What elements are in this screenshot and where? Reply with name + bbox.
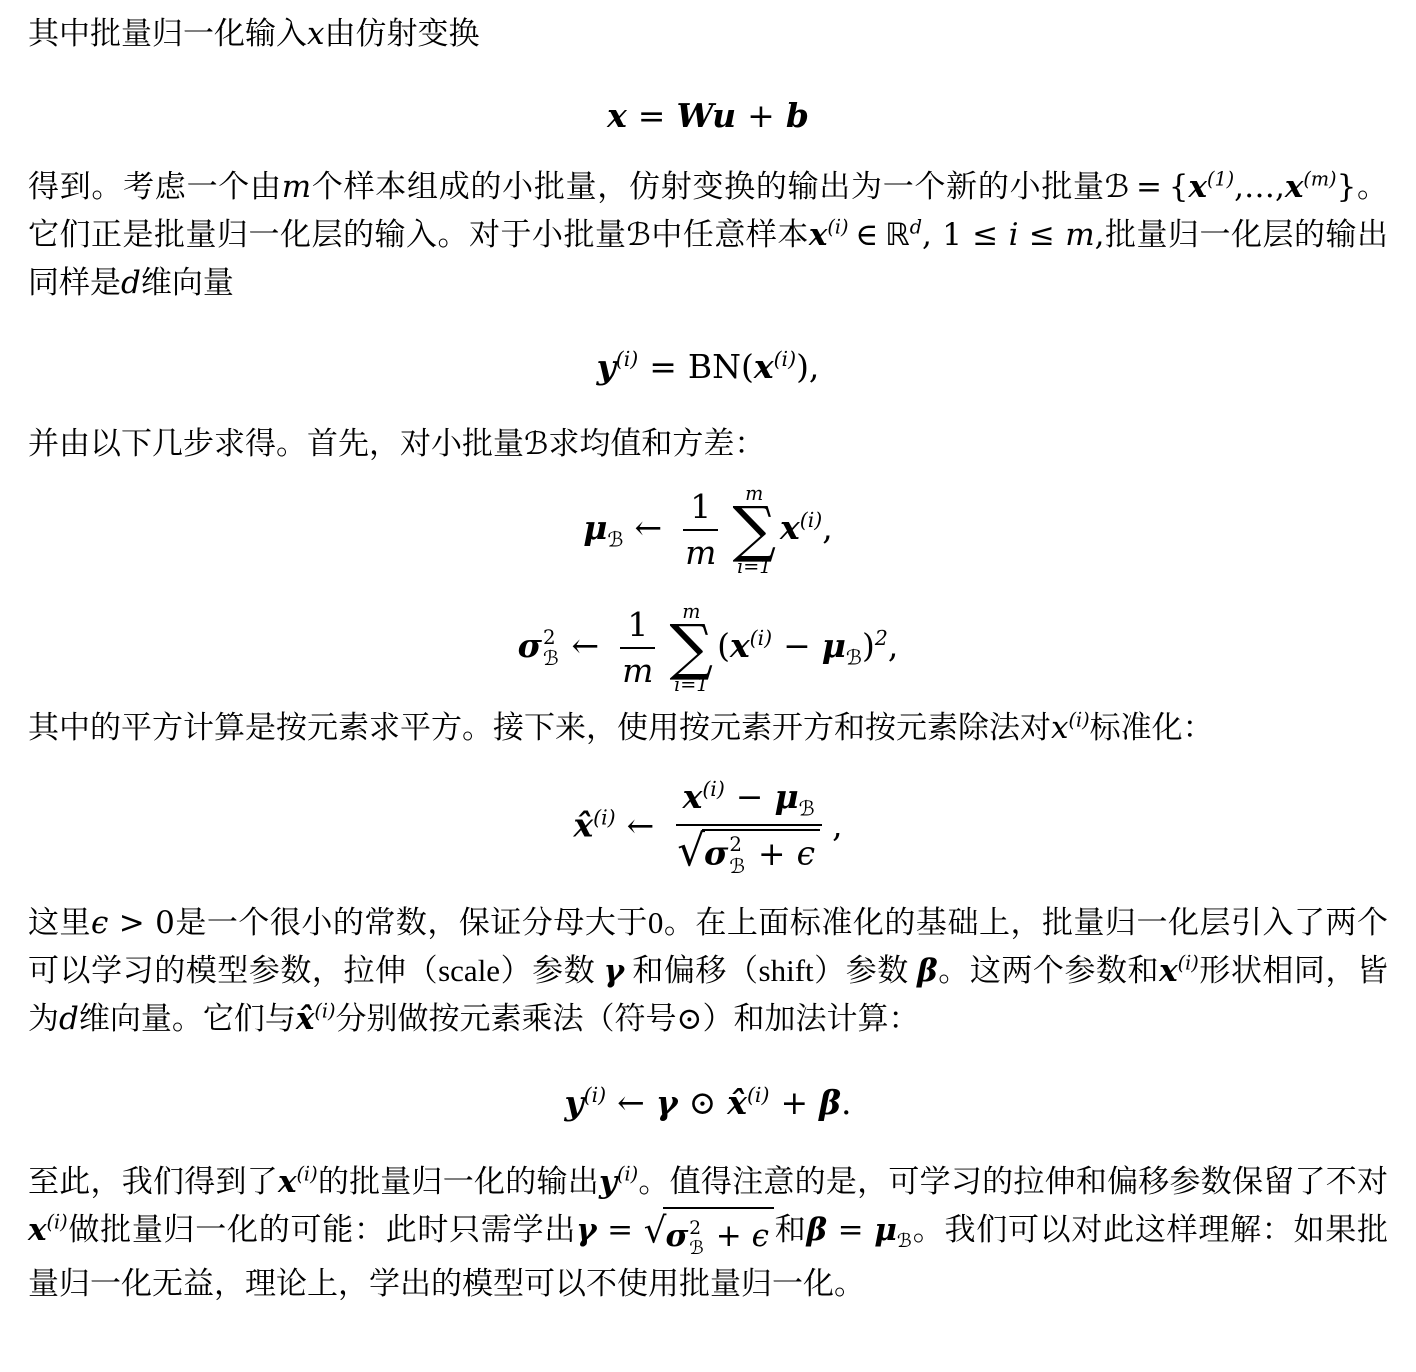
math-var-gamma: γ: [576, 1212, 596, 1248]
math-var-gamma: γ: [656, 1083, 678, 1122]
square-root: √σ2ℬ+ϵ: [677, 829, 820, 877]
math-var-y: y: [599, 1164, 617, 1200]
math-sup: (i): [1178, 952, 1199, 975]
math-sub-B: ℬ: [846, 646, 862, 670]
formula-batch-variance: σ2ℬ←1mm∑i=1(x(i)−μℬ)2,: [28, 602, 1388, 694]
text-run: ）和加法计算：: [702, 1001, 919, 1036]
math-sup: (i): [584, 1083, 606, 1107]
math-var-x: x: [278, 1164, 296, 1200]
math-sup: (i): [800, 508, 822, 532]
right-brace: }: [1337, 169, 1357, 205]
text-run: 标准化：: [1090, 710, 1214, 745]
element-of-sign: ∈: [855, 217, 878, 253]
text-run: 求均值和方差：: [548, 426, 765, 461]
text-run: 。这两个参数和: [938, 953, 1159, 988]
math-var-y: y: [597, 347, 616, 386]
formula-batch-mean: μℬ←1mm∑i=1x(i),: [28, 484, 1388, 576]
paragraph-minibatch: 得到。考虑一个由m个样本组成的小批量，仿射变换的输出为一个新的小批量ℬ={x(1…: [28, 163, 1388, 307]
math-sup: (i): [774, 347, 796, 371]
formula-scale-shift: y(i)←γ⊙x̂(i)+β.: [28, 1083, 1388, 1122]
punctuation: ,: [1095, 217, 1105, 253]
text-run: 这里: [28, 905, 91, 940]
math-sup: (i): [616, 347, 638, 371]
math-sub-B: ℬ: [799, 797, 815, 821]
fraction-denominator: m: [678, 531, 723, 572]
math-var-xhat: x̂: [727, 1083, 747, 1122]
math-var-xhat: x̂: [296, 1001, 314, 1037]
math-var-u: u: [712, 96, 736, 135]
text-run: 中任意样本: [651, 217, 809, 252]
sup-sub-stack: 2ℬ: [729, 834, 745, 877]
left-arrow: ←: [635, 508, 663, 547]
text-run: 做批量归一化的可能：此时只需学出: [68, 1212, 576, 1247]
math-sup: (1): [1207, 168, 1234, 191]
math-sup: (i): [617, 1163, 638, 1186]
summation: m∑i=1: [732, 484, 776, 576]
math-var-gamma: γ: [604, 953, 624, 989]
fraction: 1m: [615, 606, 660, 690]
math-var-x: x: [1285, 169, 1303, 205]
math-var-mu: μ: [822, 626, 846, 665]
math-var-x: x: [1159, 953, 1177, 989]
fraction: x(i)−μℬ√σ2ℬ+ϵ: [670, 778, 827, 877]
leq-sign: ≤: [1019, 217, 1066, 253]
math-var-x: x: [1051, 710, 1068, 746]
left-brace: {: [1169, 169, 1189, 205]
bn-function: BN(: [688, 347, 754, 386]
fraction-denominator: m: [615, 649, 660, 690]
math-var-x: x: [307, 16, 324, 52]
text-run: 至此，我们得到了: [28, 1164, 278, 1199]
summation: m∑i=1: [669, 602, 713, 694]
sigma-symbol: ∑: [669, 621, 713, 675]
text-run: 其中批量归一化输入: [28, 16, 307, 51]
text-run: 个样本组成的小批量，仿射变换的输出为一个新的小批量: [311, 169, 1105, 204]
fraction-numerator: 1: [620, 606, 655, 649]
plus-sign: +: [747, 96, 775, 135]
math-var-x: x: [683, 777, 703, 816]
text-run: 并由以下几步求得。首先，对小批量: [28, 426, 524, 461]
text-run: 由仿射变换: [324, 16, 479, 51]
math-sup: (i): [750, 626, 772, 650]
text-run: 。值得注意的是，可学习的拉伸和偏移参数保留了不对: [638, 1164, 1388, 1199]
math-sup: (i): [296, 1163, 317, 1186]
formula-standardize: x̂(i)←x(i)−μℬ√σ2ℬ+ϵ,: [28, 778, 1388, 877]
ellipsis: ,…,: [1234, 169, 1285, 205]
math-var-x: x: [28, 1212, 46, 1248]
fraction-numerator: x(i)−μℬ: [676, 778, 822, 826]
math-var-d: d: [59, 1001, 79, 1037]
math-sup: (i): [593, 806, 615, 830]
left-arrow: ←: [627, 806, 655, 845]
math-var-mu: μ: [583, 508, 607, 547]
math-sup: (i): [1068, 709, 1089, 732]
text-run: > 0: [108, 905, 174, 941]
script-B: ℬ: [1105, 169, 1129, 205]
math-sub-B: ℬ: [543, 648, 559, 669]
equals-sign: =: [649, 347, 677, 386]
plus-sign: +: [706, 1218, 752, 1254]
math-sup-2: 2: [729, 834, 742, 855]
text-run: , 1 ≤: [922, 217, 1009, 253]
math-var-epsilon: ϵ: [91, 905, 108, 941]
sum-lower-limit: i=1: [737, 557, 771, 576]
math-var-d: d: [121, 265, 141, 301]
math-var-y: y: [564, 1083, 583, 1122]
math-var-m: m: [1065, 217, 1094, 253]
math-var-m: m: [282, 169, 311, 205]
plus-sign: +: [780, 1083, 808, 1122]
odot-symbol: ⊙: [689, 1083, 717, 1122]
math-sup: (i): [827, 216, 848, 239]
math-sub-B: ℬ: [607, 528, 623, 552]
real-numbers-symbol: ℝ: [885, 217, 910, 253]
math-sub-B: ℬ: [897, 1230, 912, 1253]
paragraph-conclusion: 至此，我们得到了x(i)的批量归一化的输出y(i)。值得注意的是，可学习的拉伸和…: [28, 1158, 1388, 1308]
radical-sign: √: [677, 834, 705, 869]
math-var-x: x: [754, 347, 774, 386]
math-var-x: x: [809, 217, 827, 253]
math-var-x: x: [607, 96, 627, 135]
sup-sub-stack: 2ℬ: [543, 627, 559, 670]
math-var-beta: β: [806, 1212, 827, 1248]
fraction-denominator: √σ2ℬ+ϵ: [670, 826, 827, 877]
script-B: ℬ: [524, 426, 548, 462]
text-run: 维向量。它们与: [79, 1001, 296, 1036]
math-sup: (i): [314, 1000, 335, 1023]
math-var-sigma: σ: [665, 1218, 688, 1254]
radicand: σ2ℬ+ϵ: [702, 829, 820, 877]
math-sup-2: 2: [875, 626, 888, 650]
radicand: σ2ℬ + ϵ: [663, 1207, 774, 1260]
close-paren: ),: [796, 347, 819, 386]
math-sub-B: ℬ: [689, 1239, 704, 1259]
close-paren: ): [862, 626, 875, 665]
punctuation: ,: [888, 626, 899, 665]
text-run: 和偏移（shift）参数: [624, 953, 917, 988]
math-sup-2: 2: [689, 1219, 701, 1239]
text-run: 的批量归一化的输出: [318, 1164, 599, 1199]
math-var-mu: μ: [774, 777, 798, 816]
math-var-xhat: x̂: [573, 806, 593, 845]
minus-sign: −: [736, 777, 764, 816]
script-B: ℬ: [627, 217, 651, 253]
text-run: 其中的平方计算是按元素求平方。接下来，使用按元素开方和按元素除法对: [28, 710, 1051, 745]
equals-sign: =: [597, 1212, 644, 1248]
math-var-epsilon: ϵ: [797, 834, 815, 873]
paragraph-scale-shift: 这里ϵ > 0是一个很小的常数，保证分母大于0。在上面标准化的基础上，批量归一化…: [28, 899, 1388, 1043]
math-var-epsilon: ϵ: [752, 1218, 769, 1254]
left-arrow: ←: [572, 626, 600, 665]
paragraph-elementwise: 其中的平方计算是按元素求平方。接下来，使用按元素开方和按元素除法对x(i)标准化…: [28, 704, 1388, 752]
formula-affine-transform: x=Wu+b: [28, 96, 1388, 135]
open-paren: (: [717, 626, 730, 665]
math-sup: (m): [1303, 168, 1336, 191]
sigma-symbol: ∑: [732, 503, 776, 557]
math-var-i: i: [1009, 217, 1019, 253]
left-arrow: ←: [617, 1083, 645, 1122]
paragraph-steps: 并由以下几步求得。首先，对小批量ℬ求均值和方差：: [28, 420, 1388, 468]
text-run: 得到。考虑一个由: [28, 169, 282, 204]
math-var-W: W: [676, 96, 712, 135]
punctuation: .: [841, 1083, 852, 1122]
math-var-mu: μ: [874, 1212, 897, 1248]
odot-symbol: ⊙: [676, 1001, 702, 1037]
paragraph-affine-intro: 其中批量归一化输入x由仿射变换: [28, 10, 1388, 58]
text-run: 分别做按元素乘法（符号: [335, 1001, 676, 1036]
text-run: 维向量: [141, 265, 234, 300]
punctuation: ,: [832, 806, 843, 845]
math-var-x: x: [780, 508, 800, 547]
sup-sub-stack: 2ℬ: [689, 1219, 704, 1259]
math-sup: (i): [702, 777, 724, 801]
document-page: 其中批量归一化输入x由仿射变换 x=Wu+b 得到。考虑一个由m个样本组成的小批…: [0, 0, 1416, 1308]
fraction: 1m: [678, 488, 723, 572]
math-sub-B: ℬ: [729, 856, 745, 877]
math-var-x: x: [730, 626, 750, 665]
math-var-beta: β: [819, 1083, 841, 1122]
equals-sign: =: [827, 1212, 874, 1248]
punctuation: ,: [822, 508, 833, 547]
equals-sign: =: [1136, 169, 1162, 205]
math-sup: d: [910, 216, 922, 239]
math-var-b: b: [786, 96, 809, 135]
text-run: 和: [774, 1212, 806, 1247]
sum-lower-limit: i=1: [674, 675, 708, 694]
math-sup-2: 2: [543, 627, 556, 648]
radical-sign: √: [644, 1218, 667, 1247]
square-root: √σ2ℬ + ϵ: [644, 1207, 774, 1260]
math-sup: (i): [46, 1211, 67, 1234]
formula-bn-output: y(i)=BN(x(i)),: [28, 347, 1388, 386]
math-var-x: x: [1188, 169, 1206, 205]
math-var-beta: β: [917, 953, 938, 989]
minus-sign: −: [783, 626, 811, 665]
math-var-sigma: σ: [518, 626, 542, 665]
plus-sign: +: [758, 834, 786, 873]
equals-sign: =: [638, 96, 666, 135]
math-sup: (i): [747, 1083, 769, 1107]
math-var-sigma: σ: [704, 834, 728, 873]
fraction-numerator: 1: [683, 488, 718, 531]
